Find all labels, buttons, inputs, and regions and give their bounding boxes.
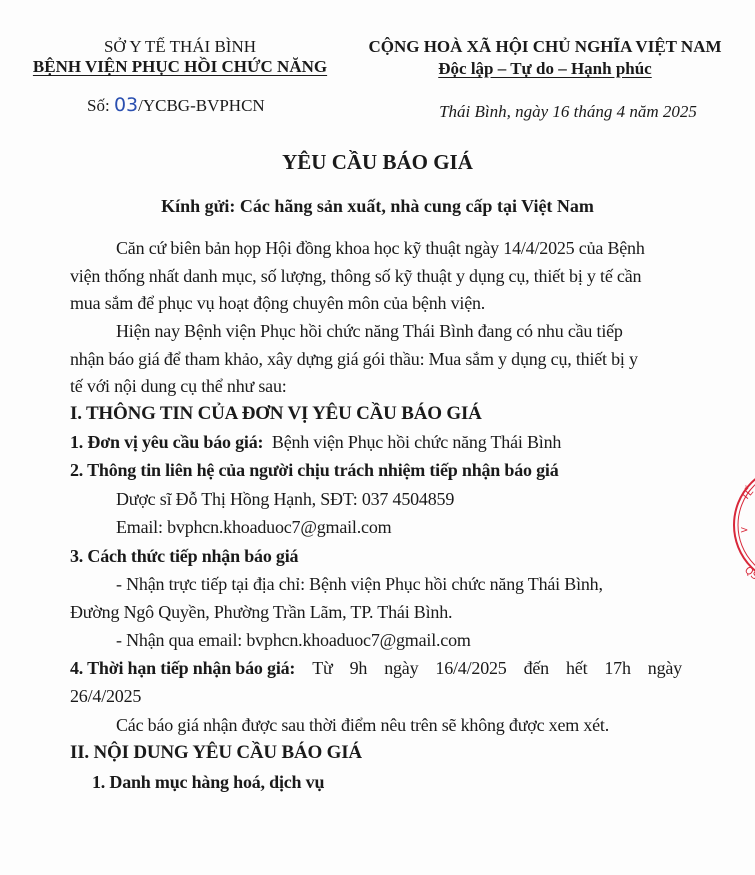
item-4-word: 17h xyxy=(604,658,630,679)
direct-address-line-2: Đường Ngô Quyền, Phường Trần Lãm, TP. Th… xyxy=(70,602,452,623)
number-prefix: Số: xyxy=(87,96,110,115)
item-4-word: ngày xyxy=(648,658,682,679)
place-date: Thái Bình, ngày 16 tháng 4 năm 2025 xyxy=(368,102,755,122)
motto: Độc lập – Tự do – Hạnh phúc xyxy=(345,59,745,79)
paragraph-1-line-2: viện thống nhất danh mục, số lượng, thôn… xyxy=(70,266,641,287)
item-3-label: 3. Cách thức tiếp nhận báo giá xyxy=(70,546,298,567)
late-note: Các báo giá nhận được sau thời điểm nêu … xyxy=(116,715,609,736)
official-stamp-icon: TẾ > QS BỆN PHỤ CHỨ xyxy=(732,463,755,593)
contact-email: Email: bvphcn.khoaduoc7@gmail.com xyxy=(116,517,391,538)
number-suffix: /YCBG-BVPHCN xyxy=(138,96,265,115)
svg-text:>: > xyxy=(740,525,748,536)
direct-address-line-1: - Nhận trực tiếp tại địa chỉ: Bệnh viện … xyxy=(116,574,603,595)
item-4-line-2: 26/4/2025 xyxy=(70,686,141,707)
item-2-label: 2. Thông tin liên hệ của người chịu trác… xyxy=(70,460,559,481)
handwritten-number: 03 xyxy=(114,94,138,116)
paragraph-1-line-3: mua sắm để phục vụ hoạt động chuyên môn … xyxy=(70,293,485,314)
motto-text: Độc lập – Tự do – Hạnh phúc xyxy=(438,59,651,78)
item-1-label: 1. Đơn vị yêu cầu báo giá: xyxy=(70,432,263,452)
item-1-value: Bệnh viện Phục hồi chức năng Thái Bình xyxy=(272,432,561,452)
item-4-word: Từ xyxy=(312,658,332,679)
section-1-heading: I. THÔNG TIN CỦA ĐƠN VỊ YÊU CẦU BÁO GIÁ xyxy=(70,403,482,425)
svg-text:QS: QS xyxy=(742,565,755,583)
paragraph-2-line-3: tế với nội dung cụ thể như sau: xyxy=(70,376,287,397)
item-1: 1. Đơn vị yêu cầu báo giá: Bệnh viện Phụ… xyxy=(70,432,561,453)
via-email: - Nhận qua email: bvphcn.khoaduoc7@gmail… xyxy=(116,630,471,651)
paragraph-2-line-1: Hiện nay Bệnh viện Phục hồi chức năng Th… xyxy=(116,321,623,342)
agency-name: SỞ Y TẾ THÁI BÌNH xyxy=(0,37,360,57)
section-2-heading: II. NỘI DUNG YÊU CẦU BÁO GIÁ xyxy=(70,742,362,764)
item-4-word: ngày xyxy=(384,658,418,679)
item-4-word: hết xyxy=(566,658,587,679)
paragraph-2-line-2: nhận báo giá để tham khảo, xây dựng giá … xyxy=(70,349,638,370)
document-title: YÊU CẦU BÁO GIÁ xyxy=(0,150,755,175)
recipient: Kính gửi: Các hãng sản xuất, nhà cung cấ… xyxy=(0,196,755,217)
document-number: Số: 03/YCBG-BVPHCN xyxy=(87,94,265,116)
document-page: SỞ Y TẾ THÁI BÌNH BỆNH VIỆN PHỤC HỒI CHỨ… xyxy=(0,0,755,875)
section-2-sub-1: 1. Danh mục hàng hoá, dịch vụ xyxy=(92,772,324,793)
item-4-word: đến xyxy=(524,658,549,679)
item-4-word: 16/4/2025 xyxy=(435,658,506,679)
unit-name: BỆNH VIỆN PHỤC HỒI CHỨC NĂNG xyxy=(0,57,360,77)
item-4-word: 9h xyxy=(350,658,368,679)
item-4-line-1: 4. Thời hạn tiếp nhận báo giá: Từ 9h ngà… xyxy=(70,658,682,679)
item-4-label: 4. Thời hạn tiếp nhận báo giá: xyxy=(70,658,295,679)
country-name: CỘNG HOÀ XÃ HỘI CHỦ NGHĨA VIỆT NAM xyxy=(345,37,745,57)
paragraph-1-line-1: Căn cứ biên bản họp Hội đồng khoa học kỹ… xyxy=(116,238,645,259)
contact-person: Dược sĩ Đỗ Thị Hồng Hạnh, SĐT: 037 45048… xyxy=(116,489,454,510)
unit-name-text: BỆNH VIỆN PHỤC HỒI CHỨC NĂNG xyxy=(33,57,327,76)
